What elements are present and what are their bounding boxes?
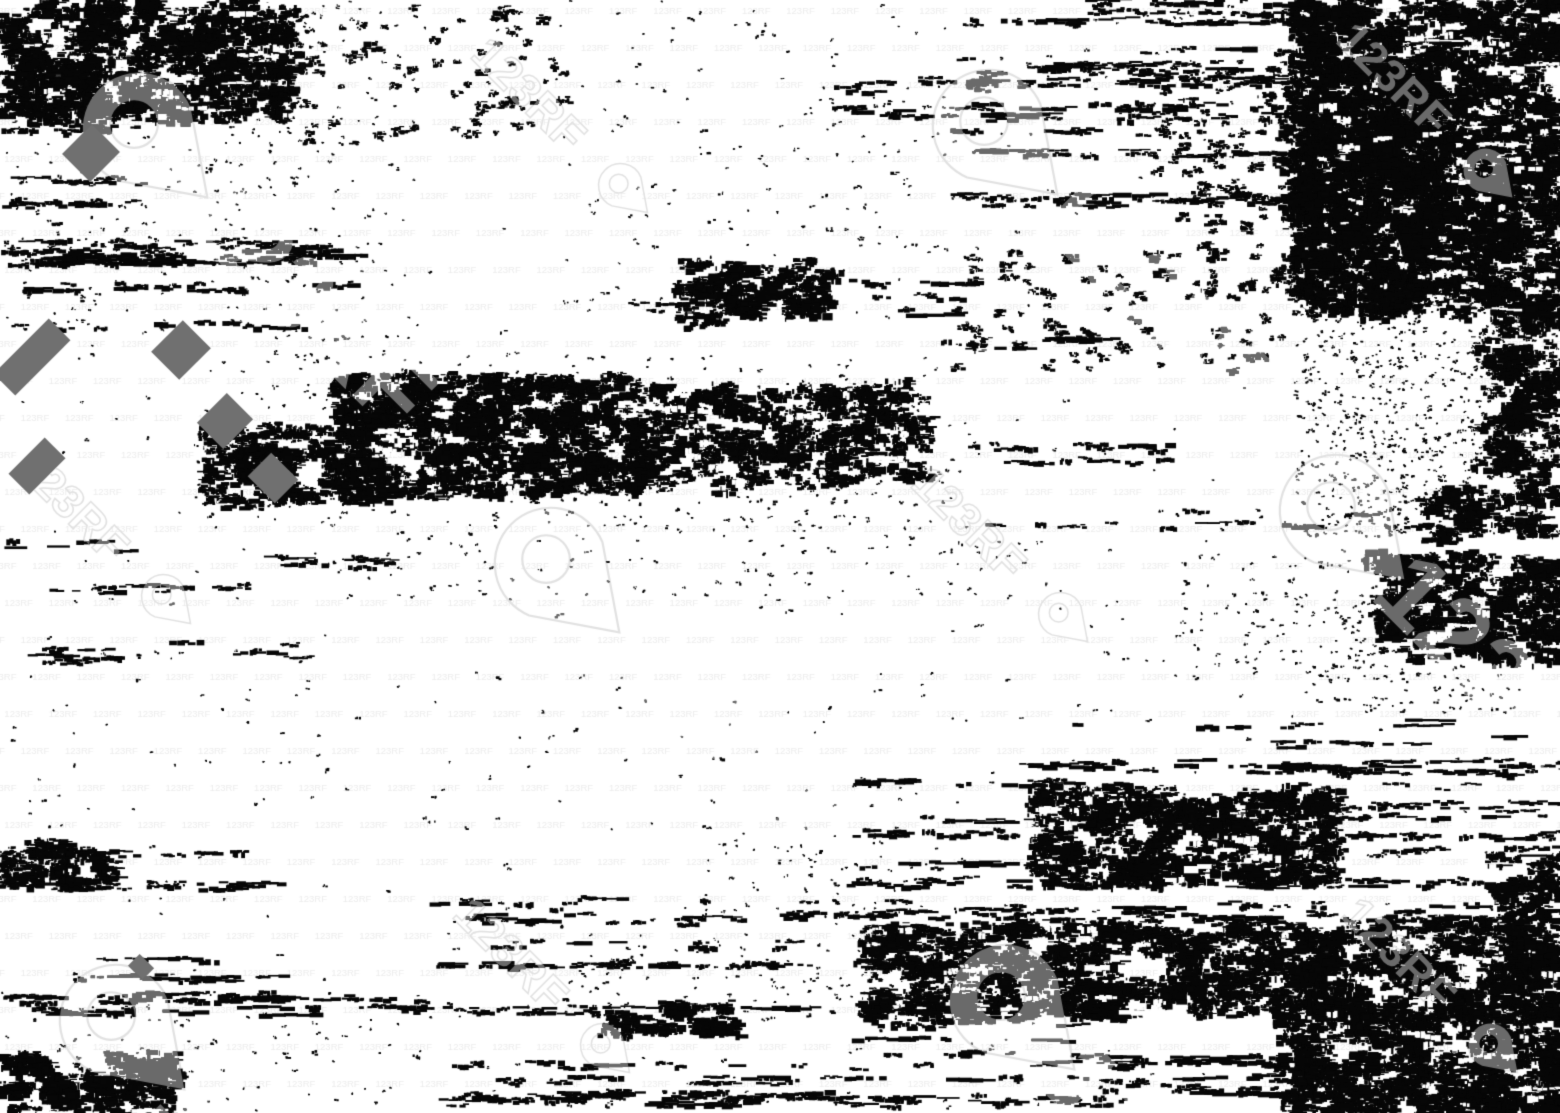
grunge-texture-image: [0, 0, 1560, 1113]
texture-canvas: [0, 0, 1560, 1113]
